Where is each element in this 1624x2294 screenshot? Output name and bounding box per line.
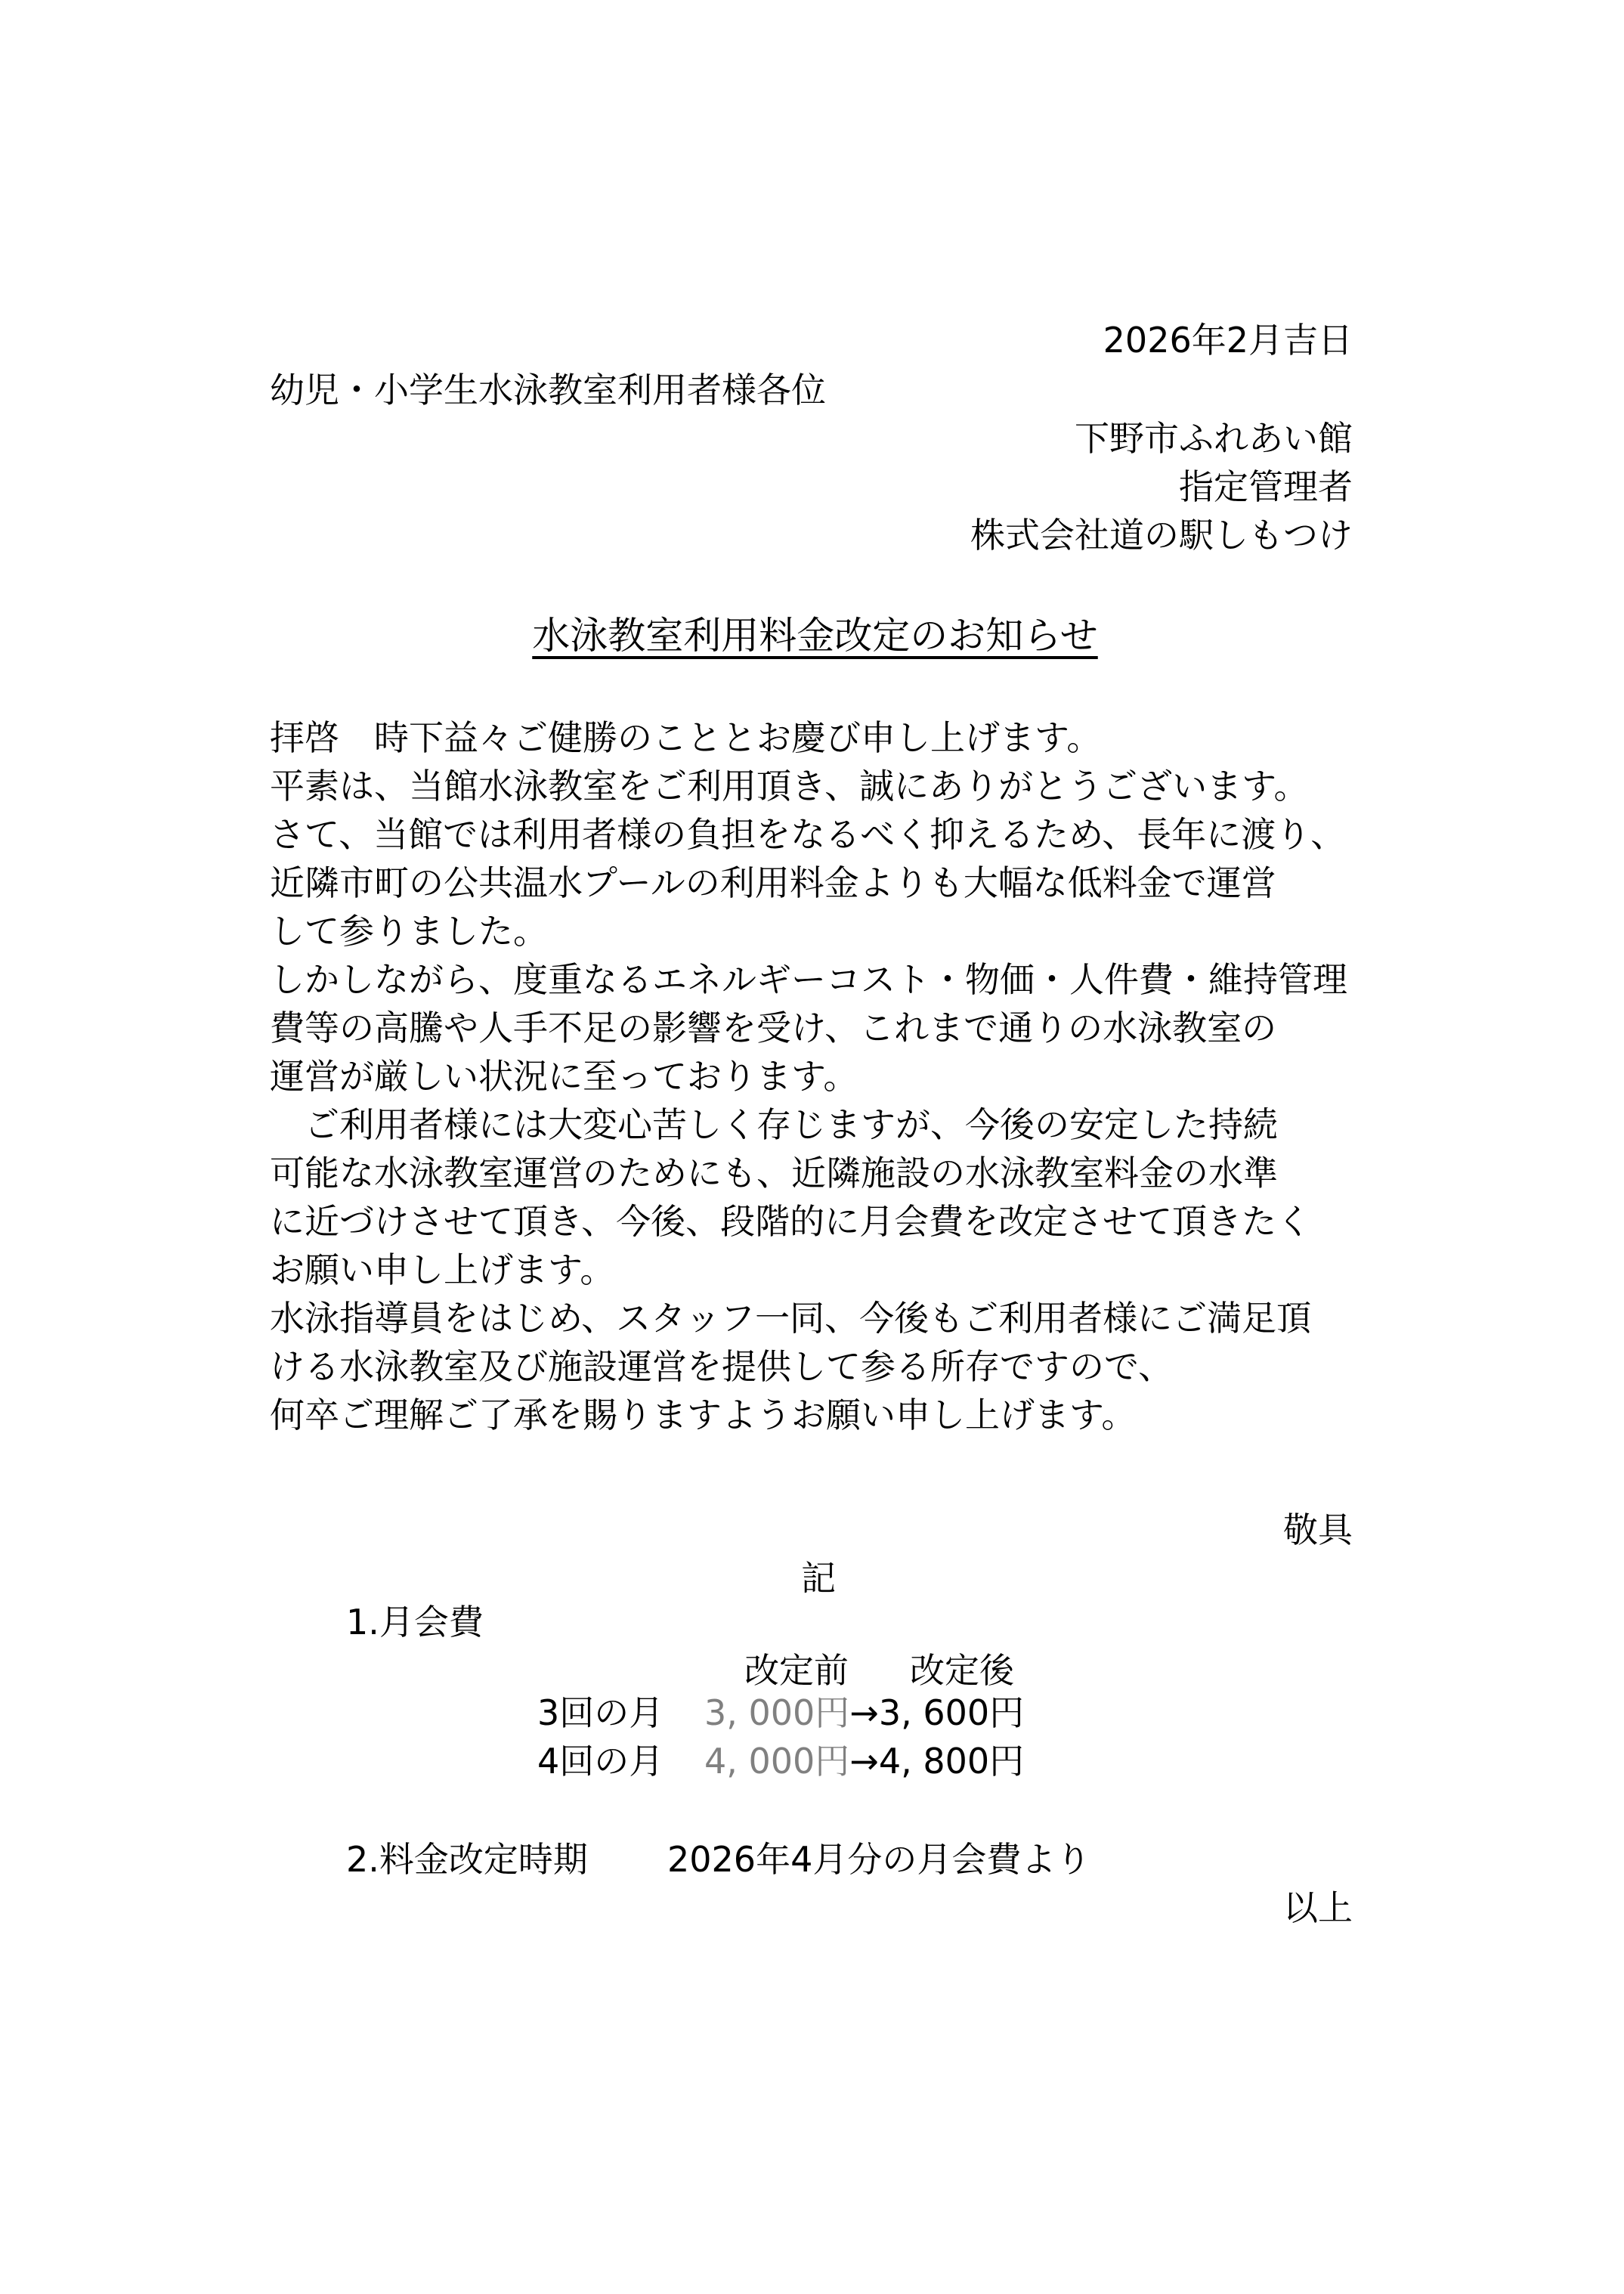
body-line: 何卒ご理解ご了承を賜りますようお願い申し上げます。 [270, 1391, 1358, 1439]
sender-facility: 下野市ふれあい館 [1075, 414, 1353, 463]
fee-before: 3, 000円 [704, 1689, 849, 1737]
body-line: さて、当館では利用者様の負担をなるべく抑えるため、長年に渡り、 [270, 810, 1358, 859]
closing-ijou: 以上 [1283, 1884, 1353, 1932]
body-line: 近隣市町の公共温水プールの利用料金よりも大幅な低料金で運営 [270, 859, 1358, 907]
column-after-label: 改定後 [910, 1646, 1014, 1695]
document-title-text: 水泳教室利用料金改定のお知らせ [526, 614, 1098, 658]
sender-company: 株式会社道の駅しもつけ [970, 511, 1353, 559]
body-line: お願い申し上げます。 [270, 1246, 1358, 1294]
section2-value: 2026年4月分の月会費より [667, 1835, 1090, 1884]
arrow-right-icon: → [849, 1737, 879, 1785]
body-line: 運営が厳しい状況に至っております。 [270, 1052, 1358, 1101]
fee-row-label: 3回の月 [537, 1689, 704, 1737]
body-line: 費等の高騰や人手不足の影響を受け、これまで通りの水泳教室の [270, 1004, 1358, 1052]
body-line: 可能な水泳教室運営のためにも、近隣施設の水泳教室料金の水準 [270, 1149, 1358, 1197]
fee-row-3-times: 3回の月3, 000円→3, 600円 [537, 1689, 1024, 1737]
document-page: 2026年2月吉日 幼児・小学生水泳教室利用者様各位 下野市ふれあい館 指定管理… [0, 0, 1624, 2294]
body-line: ご利用者様には大変心苦しく存じますが、今後の安定した持続 [270, 1101, 1358, 1149]
fee-row-label: 4回の月 [537, 1737, 704, 1785]
sender-role: 指定管理者 [1179, 463, 1353, 511]
document-title: 水泳教室利用料金改定のお知らせ [0, 609, 1624, 662]
body-line: しかしながら、度重なるエネルギーコスト・物価・人件費・維持管理 [270, 955, 1358, 1004]
letter-body: 拝啓 時下益々ご健勝のこととお慶び申し上げます。 平素は、当館水泳教室をご利用頂… [270, 714, 1358, 1439]
body-line: 水泳指導員をはじめ、スタッフ一同、今後もご利用者様にご満足頂 [270, 1294, 1358, 1342]
fee-after: 3, 600円 [879, 1689, 1024, 1737]
fee-before: 4, 000円 [704, 1737, 849, 1785]
section2-heading: 2.料金改定時期 [346, 1835, 588, 1884]
arrow-right-icon: → [849, 1689, 879, 1737]
closing-keigu: 敬具 [1283, 1506, 1353, 1554]
fee-row-4-times: 4回の月4, 000円→4, 800円 [537, 1737, 1024, 1785]
fee-after: 4, 800円 [879, 1737, 1024, 1785]
section1-heading: 1.月会費 [346, 1598, 484, 1646]
body-line: に近づけさせて頂き、今後、段階的に月会費を改定させて頂きたく [270, 1197, 1358, 1246]
body-line: ける水泳教室及び施設運営を提供して参る所存ですので、 [270, 1342, 1358, 1391]
document-date: 2026年2月吉日 [1103, 316, 1353, 364]
column-before-label: 改定前 [744, 1646, 849, 1695]
body-line: 平素は、当館水泳教室をご利用頂き、誠にありがとうございます。 [270, 762, 1358, 810]
recipient: 幼児・小学生水泳教室利用者様各位 [270, 366, 826, 414]
ki-marker: 記 [801, 1554, 836, 1602]
body-line: 拝啓 時下益々ご健勝のこととお慶び申し上げます。 [270, 714, 1358, 762]
body-line: して参りました。 [270, 907, 1358, 955]
